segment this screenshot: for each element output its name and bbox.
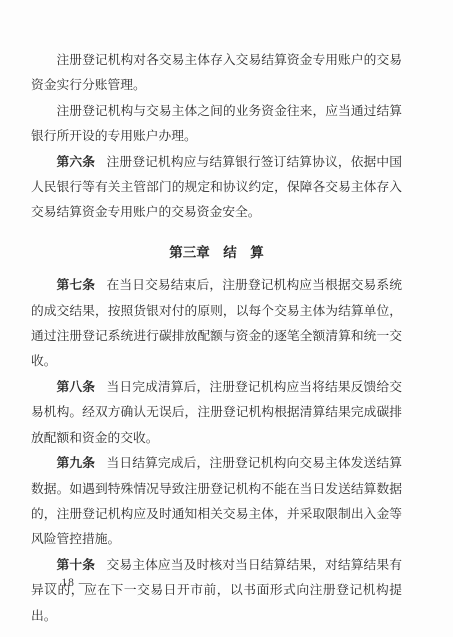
paragraph-text: 注册登记机构与交易主体之间的业务资金往来，应当通过结算银行所开设的专用账户办理。: [31, 104, 402, 143]
paragraph: 第六条注册登记机构应与结算银行签订结算协议，依据中国人民银行等有关主管部门的规定…: [31, 150, 402, 226]
paragraph: 第八条当日完成清算后，注册登记机构应当将结果反馈给交易机构。经双方确认无误后，注…: [31, 375, 402, 451]
article-number: 第十条: [57, 558, 96, 572]
article-number: 第六条: [57, 155, 96, 169]
article-number: 第七条: [57, 278, 96, 292]
paragraph: 注册登记机构与交易主体之间的业务资金往来，应当通过结算银行所开设的专用账户办理。: [31, 99, 402, 150]
article-number: 第九条: [57, 456, 96, 470]
chapter-heading: 第三章 结 算: [31, 240, 402, 265]
article-number: 第八条: [57, 380, 96, 394]
paragraph-text: 注册登记机构对各交易主体存入交易结算资金专用账户的交易资金实行分账管理。: [31, 53, 402, 92]
document-body: 注册登记机构对各交易主体存入交易结算资金专用账户的交易资金实行分账管理。注册登记…: [31, 48, 402, 629]
document-page: 注册登记机构对各交易主体存入交易结算资金专用账户的交易资金实行分账管理。注册登记…: [0, 0, 453, 637]
paragraph: 注册登记机构对各交易主体存入交易结算资金专用账户的交易资金实行分账管理。: [31, 48, 402, 99]
paragraph: 第九条当日结算完成后，注册登记机构向交易主体发送结算数据。如遇到特殊情况导致注册…: [31, 451, 402, 553]
paragraph: 第七条在当日交易结束后，注册登记机构应当根据交易系统的成交结果，按照货银对付的原…: [31, 273, 402, 375]
page-number: — 18 —: [45, 575, 91, 591]
